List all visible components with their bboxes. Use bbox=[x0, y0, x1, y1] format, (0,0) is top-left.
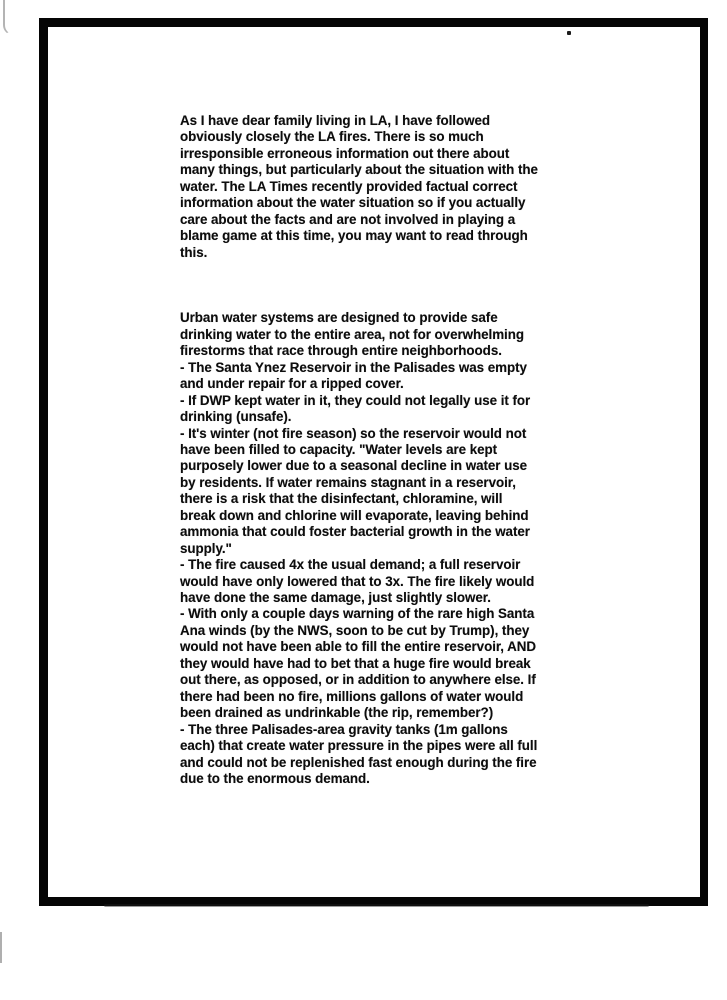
frame-bottom-smudge bbox=[104, 904, 649, 907]
letter-text-block: As I have dear family living in LA, I ha… bbox=[180, 80, 620, 820]
ink-speck bbox=[567, 31, 571, 35]
scan-artifact-topleft-hairline bbox=[3, 0, 13, 35]
scan-artifact-left-tick bbox=[0, 932, 2, 963]
body-paragraph: Urban water systems are designed to prov… bbox=[180, 310, 620, 787]
intro-paragraph: As I have dear family living in LA, I ha… bbox=[180, 113, 620, 261]
scanned-page: As I have dear family living in LA, I ha… bbox=[0, 0, 727, 1000]
